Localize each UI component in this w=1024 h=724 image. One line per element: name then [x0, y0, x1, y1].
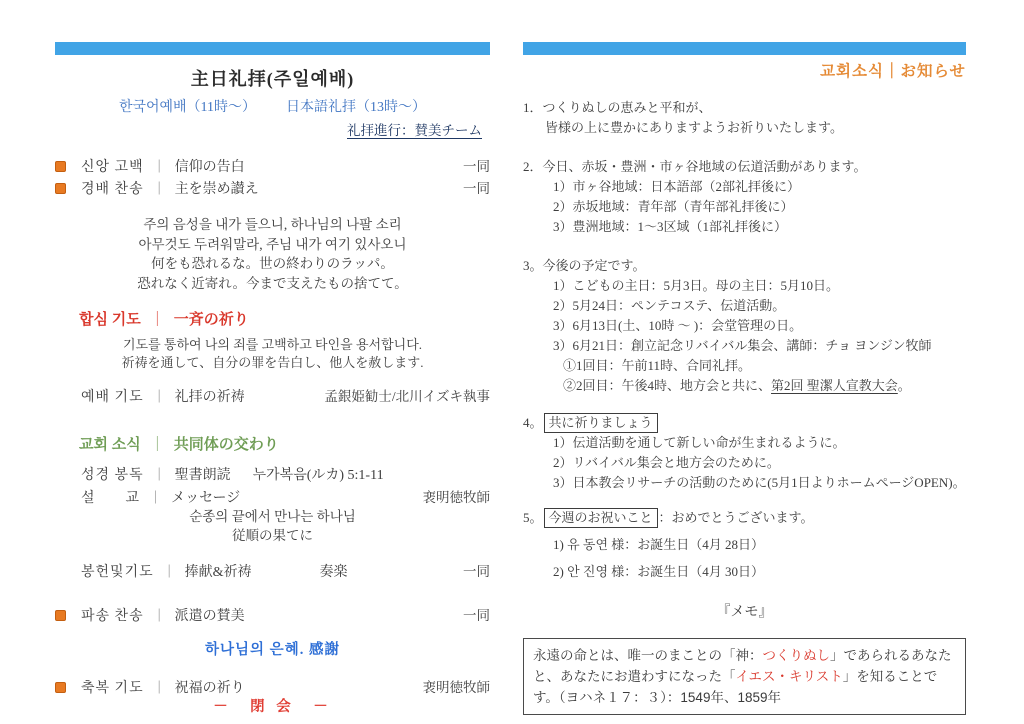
row-label-jp: メッセージ — [171, 487, 240, 507]
announcement-subline: 1）伝道活動を通して新しい命が生まれるように。 — [523, 433, 966, 453]
orange-square-icon — [55, 682, 81, 693]
row-separator: ｜ — [153, 386, 166, 405]
announcement-subline: 1）市ヶ谷地域：日本語部（2部礼拝後に） — [523, 177, 966, 197]
korean-service-time: 한국어예배（11時～） — [119, 100, 256, 115]
spacer — [55, 391, 81, 402]
announcement-5: 5。今週のお祝いこと：おめでとうございます。 1) 유 동연 様：お誕生日（4月… — [523, 508, 966, 582]
celebration-item: 1) 유 동연 様：お誕生日（4月 28日） — [553, 535, 966, 555]
row-label-jp: 派遣の賛美 — [175, 605, 245, 625]
row-label-jp: 礼拝の祈祷 — [175, 386, 245, 406]
announcements-column: 교회소식｜お知らせ 1．つくりぬしの恵みと平和が、 皆様の上に豊かにありますよう… — [523, 42, 966, 715]
row-label-jp: 祝福の祈り — [175, 677, 245, 697]
announcement-subline: 2）5月24日：ペンテコステ、伝道活動。 — [523, 296, 966, 316]
boxed-phrase: 共に祈りましょう — [544, 413, 658, 433]
announcement-line: 皆様の上に豊かにありますようお祈りいたします。 — [523, 118, 966, 138]
heading-jp: 共同体の交わり — [174, 437, 279, 453]
row-performer: 孟銀姫勧士/北川イズキ執事 — [324, 385, 490, 405]
row-label-kr: 예배 기도 — [81, 386, 144, 406]
row-separator: ｜ — [150, 312, 165, 328]
spacer — [55, 470, 81, 481]
row-separator: ｜ — [153, 178, 166, 197]
row-performer: 一同 — [463, 177, 490, 197]
row-offering: 봉헌및기도 ｜ 捧献&祈祷 奏楽 一同 — [55, 560, 490, 582]
bulletin-page: 主日礼拝(주일예배) 한국어예배（11時～）日本語礼拝（13時～） 礼拝進行：賛… — [0, 0, 1024, 724]
row-performer: 裵明徳牧師 — [423, 486, 491, 506]
row-label-jp: 聖書朗読 — [175, 464, 231, 484]
row-scripture: 성경 봉독 ｜ 聖書朗読 누가복음(ルカ) 5:1-11 — [55, 464, 490, 486]
scripture-reference: 누가복음(ルカ) 5:1-11 — [253, 464, 384, 484]
left-blue-bar — [55, 42, 490, 55]
heading-jp: 一斉の祈り — [174, 312, 249, 328]
spacer — [523, 138, 966, 157]
row-separator: ｜ — [163, 561, 176, 580]
announcement-line: 1．つくりぬしの恵みと平和が、 — [523, 98, 966, 118]
announcement-line: 2．今日、赤坂・豊洲・市ヶ谷地域の伝道活動があります。 — [523, 157, 966, 177]
orange-square-icon — [55, 183, 81, 194]
spacer — [55, 566, 81, 577]
item-number: 5。 — [523, 510, 543, 525]
row-confession: 신앙 고백 ｜ 信仰の告白 一同 — [55, 155, 490, 177]
highlighted-word: つくりぬし — [763, 648, 831, 663]
announcements-header: 교회소식｜お知らせ — [523, 59, 966, 81]
row-performer: 一同 — [463, 155, 490, 175]
announcement-4: 4。共に祈りましょう 1）伝道活動を通して新しい命が生まれるように。 2）リバイ… — [523, 413, 966, 493]
grace-line: 하나님의 은혜. 感謝 — [55, 638, 490, 659]
row-separator: ｜ — [153, 156, 166, 175]
text-segment: ②2回目：午後4時、地方会と共に、 — [563, 378, 771, 393]
united-prayer-heading: 합심 기도｜一斉の祈り — [55, 308, 490, 329]
text-segment: ：おめでとうございます。 — [659, 510, 814, 525]
announcement-subline: 3）6月13日(土、10時 ～ )：会堂管理の日。 — [523, 316, 966, 336]
row-separator: ｜ — [153, 605, 166, 624]
row-performer: 一同 — [463, 604, 490, 624]
prayer-line: 祈祷を通して、自分の罪を告白し、他人を赦します. — [55, 354, 490, 372]
announcement-subline: 2）赤坂地域：青年部（青年部礼拝後に） — [523, 197, 966, 217]
hymn-lyrics: 주의 음성을 내가 들으니, 하나님의 나팔 소리 아무것도 두려워말라, 주님… — [55, 215, 490, 293]
row-performer: 一同 — [463, 560, 490, 580]
announcement-subline: ②2回目：午後4時、地方会と共に、第2回 聖潔人宣教大会。 — [523, 376, 966, 396]
announcement-line: 5。今週のお祝いこと：おめでとうございます。 — [523, 508, 966, 528]
announcement-2: 2．今日、赤坂・豊洲・市ヶ谷地域の伝道活動があります。 1）市ヶ谷地域：日本語部… — [523, 157, 966, 237]
spacer — [523, 237, 966, 256]
row-separator: ｜ — [153, 464, 166, 483]
row-label-kr: 봉헌및기도 — [81, 561, 154, 581]
announcement-3: 3。今後の予定です。 1）こどもの主日：5月3日。母の主日：5月10日。 2）5… — [523, 256, 966, 396]
worship-conductor: 礼拝進行：賛美チーム — [55, 119, 490, 139]
announcement-subline: 3）6月21日：創立記念リバイバル集会、講師：チョ ヨンジン牧師 — [523, 336, 966, 356]
row-label-kr: 축복 기도 — [81, 677, 144, 697]
spacer — [523, 396, 966, 413]
row-label-kr: 설 교 — [81, 487, 140, 507]
conductor-label: 礼拝進行：賛美チーム — [347, 123, 482, 138]
hymn-line: 아무것도 두려워말라, 주님 내가 여기 있사오니 — [55, 235, 490, 255]
heading-kr: 교회 소식 — [79, 437, 141, 453]
row-performer: 裵明徳牧師 — [423, 676, 491, 696]
spacer — [55, 492, 81, 503]
heading-kr: 합심 기도 — [79, 312, 141, 328]
japanese-service-time: 日本語礼拝（13時～） — [286, 100, 426, 115]
row-worship-prayer: 예배 기도 ｜ 礼拝の祈祷 孟銀姫勧士/北川イズキ執事 — [55, 385, 490, 407]
announcement-subline: ①1回目：午前11時、合同礼拝。 — [523, 356, 966, 376]
row-label-jp: 主を崇め讃え — [175, 178, 259, 198]
row-separator: ｜ — [150, 437, 165, 453]
announcement-subline: 1）こどもの主日：5月3日。母の主日：5月10日。 — [523, 276, 966, 296]
announcement-line: 3。今後の予定です。 — [523, 256, 966, 276]
hymn-line: 恐れなく近寄れ。今まで支えたもの捨てて。 — [55, 274, 490, 294]
row-label-jp: 捧献&祈祷 — [185, 561, 252, 581]
row-label-jp: 信仰の告白 — [175, 156, 245, 176]
row-separator: ｜ — [153, 677, 166, 696]
worship-title: 主日礼拝(주일예배) — [55, 65, 490, 91]
row-label-kr: 성경 봉독 — [81, 464, 144, 484]
row-separator: ｜ — [149, 487, 162, 506]
text-segment: 。 — [898, 378, 911, 393]
scripture-quote-box: 永遠の命とは、唯一のまことの「神：つくりぬし」であられるあなたと、あなたにお遣わ… — [523, 638, 966, 715]
worship-order-column: 主日礼拝(주일예배) 한국어예배（11時～）日本語礼拝（13時～） 礼拝進行：賛… — [55, 42, 490, 716]
service-times: 한국어예배（11時～）日本語礼拝（13時～） — [55, 96, 490, 116]
offering-music: 奏楽 — [320, 561, 348, 581]
memo-label: 『メモ』 — [523, 601, 966, 621]
row-sending: 파송 찬송 ｜ 派遣の賛美 一同 — [55, 604, 490, 626]
celebration-item: 2) 안 진영 様：お誕生日（4月 30日） — [553, 562, 966, 582]
row-praise: 경배 찬송 ｜ 主を崇め讃え 一同 — [55, 177, 490, 199]
highlighted-word: イエス・キリスト — [736, 669, 843, 684]
underlined-event-name: 第2回 聖潔人宣教大会 — [771, 378, 898, 393]
prayer-explanation: 기도를 통하여 나의 죄를 고백하고 타인을 용서합니다. 祈祷を通して、自分の… — [55, 336, 490, 372]
orange-square-icon — [55, 161, 81, 172]
text-segment: 永遠の命とは、唯一のまことの「神： — [533, 648, 763, 663]
announcement-subline: 2）リバイバル集会と地方会のために。 — [523, 453, 966, 473]
orange-square-icon — [55, 610, 81, 621]
right-blue-bar — [523, 42, 966, 55]
item-number: 4。 — [523, 415, 543, 430]
row-label-kr: 파송 찬송 — [81, 605, 144, 625]
sermon-title-kr: 순종의 끝에서 만나는 하나님 — [55, 508, 490, 527]
row-label-kr: 신앙 고백 — [81, 156, 144, 176]
announcement-line: 4。共に祈りましょう — [523, 413, 966, 433]
row-label-kr: 경배 찬송 — [81, 178, 144, 198]
spacer — [523, 493, 966, 508]
announcement-subline: 3）豊洲地域：1～3区域（1部礼拝後に） — [523, 217, 966, 237]
sermon-title: 순종의 끝에서 만나는 하나님 従順の果てに — [55, 508, 490, 545]
announcement-1: 1．つくりぬしの恵みと平和が、 皆様の上に豊かにありますようお祈りいたします。 — [523, 98, 966, 138]
boxed-phrase: 今週のお祝いこと — [544, 508, 658, 528]
hymn-line: 何をも恐れるな。世の終わりのラッパ。 — [55, 254, 490, 274]
closing-line: － 閉 会 － — [55, 695, 490, 716]
prayer-line: 기도를 통하여 나의 죄를 고백하고 타인을 용서합니다. — [55, 336, 490, 354]
row-sermon: 설 교 ｜ メッセージ 裵明徳牧師 — [55, 486, 490, 508]
announcement-subline: 3）日本教会リサーチの活動のために(5月1日よりホームページOPEN)。 — [523, 473, 966, 493]
church-news-heading: 교회 소식｜共同体の交わり — [55, 433, 490, 454]
hymn-line: 주의 음성을 내가 들으니, 하나님의 나팔 소리 — [55, 215, 490, 235]
sermon-title-jp: 従順の果てに — [55, 527, 490, 546]
celebration-list: 1) 유 동연 様：お誕生日（4月 28日） 2) 안 진영 様：お誕生日（4月… — [523, 535, 966, 582]
